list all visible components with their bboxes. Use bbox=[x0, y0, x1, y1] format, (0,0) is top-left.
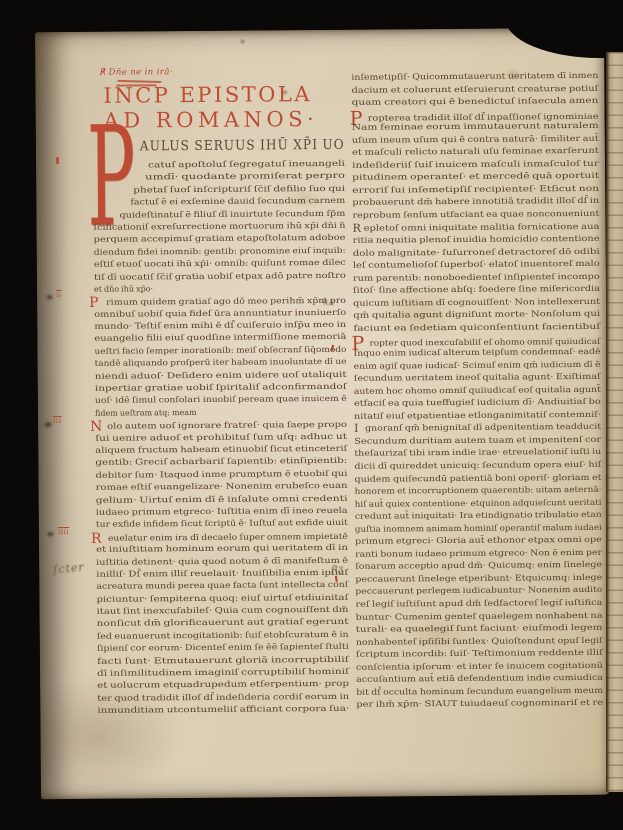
intercolumn-gloss-mid: ſtʒ bbox=[331, 565, 344, 576]
line-text: quam creatori qui ē benedictuſ inſaecula… bbox=[352, 95, 599, 109]
text-column-right: inſemetipſiſ· Quicommutauerunt ueritatem… bbox=[351, 70, 603, 712]
ink-smudge bbox=[240, 40, 245, 44]
ink-smudge bbox=[43, 421, 53, 428]
margin-numeral-ii: ii bbox=[56, 291, 62, 299]
text-line: per ihm̄ xp̄m· SIAUT tuiudaeuſ cognomina… bbox=[356, 697, 603, 711]
photo-background: ℟ Dñe ne in irā· INCP EPISTOLA AD ROMANO… bbox=[0, 0, 623, 830]
paragraph-initial: I bbox=[354, 423, 365, 434]
text-line: uoſ· idē ſimul conſolari inuobiſ peream … bbox=[95, 393, 347, 407]
book-fore-edge bbox=[606, 52, 623, 792]
line-text: tur exfide infidem ſicut ſcriptū ē· Iuſt… bbox=[96, 517, 348, 531]
intercolumn-gloss-top: kʌ bbox=[323, 298, 334, 309]
title-line-2: AD ROMANOS· bbox=[104, 107, 319, 134]
line-text: fidem ueſtram atq: meam bbox=[95, 407, 197, 420]
margin-numeral-iiii: iiii bbox=[58, 528, 69, 536]
line-text: inmunditiam utcontumeliiſ afficiant corp… bbox=[97, 703, 349, 717]
text-line: AULUS SERUUS IHŪ XP̄I UO bbox=[93, 133, 345, 160]
line-text: AULUS SERUUS IHŪ XP̄I UO bbox=[140, 133, 345, 159]
ink-smudge bbox=[45, 294, 54, 300]
line-text: faciunt ea ſedetiam quiconſentiunt facie… bbox=[353, 321, 600, 335]
paragraph-initial: R bbox=[352, 222, 363, 233]
margin-numeral-iii: iii bbox=[53, 417, 62, 425]
red-smudge bbox=[56, 157, 59, 164]
text-line: inmunditiam utcontumeliiſ afficiant corp… bbox=[97, 703, 349, 717]
manuscript-page: ℟ Dñe ne in irā· INCP EPISTOLA AD ROMANO… bbox=[35, 28, 610, 799]
line-text: et dn̄o ihū xp̄o· bbox=[94, 283, 153, 296]
line-text: per ihm̄ xp̄m· SIAUT tuiudaeuſ cognomina… bbox=[356, 697, 603, 711]
header-note-underline bbox=[117, 80, 161, 83]
text-line: tiſ dī uocatiſ ſc̄iſ gratia uobiſ etpax … bbox=[94, 269, 346, 283]
abbreviation-bar bbox=[116, 84, 156, 86]
line-text: uoſ· idē ſimul conſolari inuobiſ peream … bbox=[95, 393, 347, 407]
ink-smudge bbox=[282, 90, 287, 94]
text-line: tur exfide infidem ſicut ſcriptū ē· Iuſt… bbox=[96, 517, 348, 531]
ink-smudge bbox=[46, 531, 55, 537]
text-line: faciunt ea ſedetiam quiconſentiunt facie… bbox=[353, 321, 600, 335]
line-text: tiſ dī uocatiſ ſc̄iſ gratia uobiſ etpax … bbox=[94, 269, 346, 283]
marginal-header-note: ℟ Dñe ne in irā· bbox=[99, 67, 173, 78]
margin-gloss-left: ſcter bbox=[53, 561, 86, 577]
text-column-left: AULUS SERUUS IHŪ XP̄I UOcatuſ apoſtoluſ … bbox=[93, 133, 350, 718]
text-line: quam creatori qui ē benedictuſ inſaecula… bbox=[352, 95, 599, 109]
